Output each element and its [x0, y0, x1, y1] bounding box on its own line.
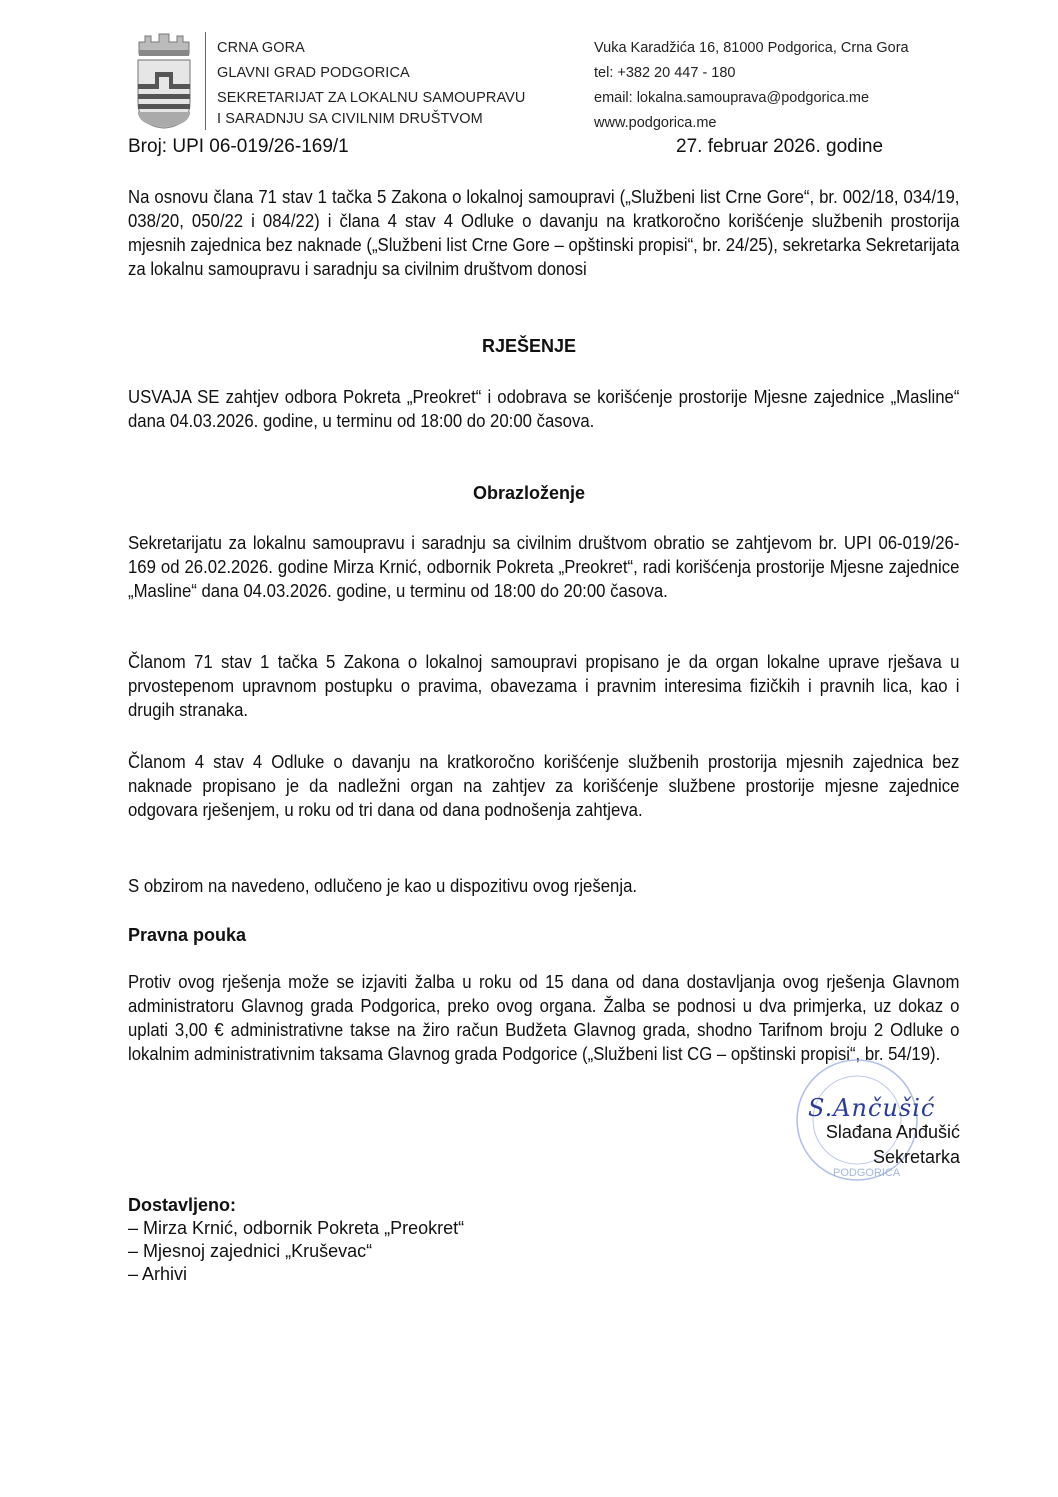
document-page: CRNA GORA GLAVNI GRAD PODGORICA SEKRETAR…: [0, 0, 1058, 1497]
delivered-item: – Arhivi: [128, 1263, 464, 1286]
email: email: lokalna.samouprava@podgorica.me: [594, 86, 909, 111]
website: www.podgorica.me: [594, 111, 909, 136]
reference-number: Broj: UPI 06-019/26-169/1: [128, 136, 349, 158]
telephone: tel: +382 20 447 - 180: [594, 61, 909, 86]
legal-remedy-title: Pravna pouka: [128, 925, 246, 946]
document-date: 27. februar 2026. godine: [676, 136, 883, 158]
signatory-name: Slađana Anđušić: [826, 1120, 960, 1144]
header-divider: [205, 32, 206, 130]
reasoning-paragraph: Sekretarijatu za lokalnu samoupravu i sa…: [128, 531, 959, 603]
organization-block: CRNA GORA GLAVNI GRAD PODGORICA SEKRETAR…: [217, 36, 526, 128]
org-secretariat-line1: SEKRETARIJAT ZA LOKALNU SAMOUPRAVU: [217, 86, 526, 111]
delivered-title: Dostavljeno:: [128, 1194, 464, 1217]
decision-title: RJEŠENJE: [0, 336, 1058, 357]
intro-paragraph: Na osnovu člana 71 stav 1 tačka 5 Zakona…: [128, 185, 959, 281]
reasoning-title: Obrazloženje: [0, 483, 1058, 504]
org-secretariat-line2: I SARADNJU SA CIVILNIM DRUŠTVOM: [217, 111, 526, 128]
org-city: GLAVNI GRAD PODGORICA: [217, 61, 526, 86]
reasoning-paragraph: Članom 4 stav 4 Odluke o davanju na krat…: [128, 750, 959, 822]
delivered-to: Dostavljeno: – Mirza Krnić, odbornik Pok…: [128, 1194, 464, 1286]
handwritten-signature: S.Ančušić: [808, 1094, 935, 1122]
address: Vuka Karadžića 16, 81000 Podgorica, Crna…: [594, 36, 909, 61]
contact-block: Vuka Karadžića 16, 81000 Podgorica, Crna…: [594, 36, 909, 136]
org-country: CRNA GORA: [217, 36, 526, 61]
delivered-item: – Mirza Krnić, odbornik Pokreta „Preokre…: [128, 1217, 464, 1240]
reasoning-paragraph: S obzirom na navedeno, odlučeno je kao u…: [128, 874, 959, 898]
coat-of-arms-icon: [135, 32, 193, 130]
reasoning-paragraph: Članom 71 stav 1 tačka 5 Zakona o lokaln…: [128, 650, 959, 722]
decision-paragraph: USVAJA SE zahtjev odbora Pokreta „Preokr…: [128, 385, 959, 433]
delivered-item: – Mjesnoj zajednici „Kruševac“: [128, 1240, 464, 1263]
legal-remedy-paragraph: Protiv ovog rješenja može se izjaviti ža…: [128, 970, 959, 1066]
signatory-role: Sekretarka: [873, 1145, 960, 1169]
